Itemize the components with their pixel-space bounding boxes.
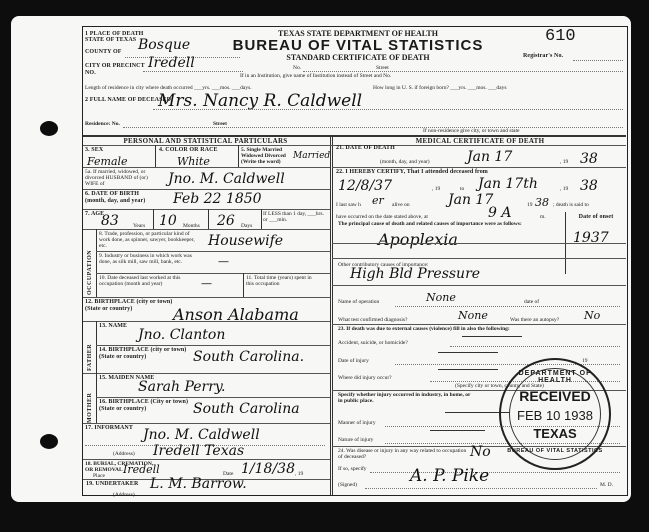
stamp-received: RECEIVED [501,388,609,404]
spouse-value: Jno. M. Caldwell [168,171,285,187]
last-worked-value: — [201,277,212,290]
stamp-bottom-arc: BUREAU OF VITAL STATISTICS [501,448,609,454]
occupation-related-label: 24. Was disease or injury in any way rel… [338,448,468,460]
burial-date-suffix: , 19 [295,471,303,477]
attended-from-value: 12/8/37 [338,178,392,194]
date-of-death-sublabel: (month, day, and year) [380,159,430,165]
trade-label: 8. Trade, profession, or particular kind… [99,231,199,249]
informant-address-value: Iredell Texas [153,443,244,459]
last-saw-pronoun: er [372,194,384,207]
foreign-born-label: How long in U. S. if foreign born? ___yr… [373,85,507,91]
stamp-texas: TEXAS [501,426,609,441]
last-saw-year-prefix: 19 [527,202,533,208]
total-time-label: 11. Total time (years) spent in this occ… [246,275,316,287]
stamp-top-arc: DEPARTMENT OF HEALTH [501,370,609,384]
injury-specify-label: Specify whether injury occurred in indus… [338,392,473,404]
binder-hole-top [40,121,58,136]
occurred-label: have occurred on the date stated above, … [336,214,428,220]
state-label: STATE OF TEXAS [85,37,136,44]
county-label: COUNTY OF [85,49,122,56]
certify-label: 22. I HEREBY CERTIFY, That I attended de… [336,169,488,176]
mother-side-label: MOTHER [87,393,93,423]
father-birthplace-value: South Carolina. [193,349,304,365]
undertaker-name-value: L. M. Barrow. [150,476,247,492]
medical-section-title: MEDICAL CERTIFICATE OF DEATH [335,137,625,145]
attended-to-value: Jan 17th [478,176,538,192]
color-label: 4. COLOR OR RACE [159,147,218,154]
mother-birthplace-label: 16. BIRTHPLACE (City or town) (State or … [99,399,189,412]
sex-label: 3. SEX [85,147,103,154]
date-of-death-year: 38 [580,151,598,167]
trade-value: Housewife [208,233,283,249]
nature-label: Nature of injury [338,437,373,443]
marital-label: 5. Single Married Widowed Divorced (Writ… [241,147,301,165]
manner-label: Manner of injury [338,420,376,426]
form-title: STANDARD CERTIFICATE OF DEATH [258,53,458,62]
marital-value: Married [293,151,330,161]
undertaker-label: 19. UNDERTAKER [86,481,138,488]
last-saw-date: Jan 17 [448,192,493,208]
age-days-value: 26 [217,213,235,229]
dob-value: Feb 22 1850 [173,191,262,207]
residence-label: Residence: No. [85,121,120,127]
burial-place-value: Iredell [123,463,160,476]
last-saw-label: I last saw h [336,202,361,208]
registrar-number-label: Registrar's No. [523,53,563,60]
dob-label: 6. DATE OF BIRTH (month, day, and year) [85,191,155,204]
informant-label: 17. INFORMANT [85,425,133,432]
operation-date-label: date of [524,299,539,305]
operation-label: Name of operation [338,299,379,305]
industry-value: — [218,255,229,268]
received-stamp: DEPARTMENT OF HEALTH RECEIVED FEB 10 193… [499,358,611,470]
stamp-date: FEB 10 1938 [501,408,609,423]
external-causes-label: 23. If death was due to external causes … [338,326,510,332]
informant-address-label: (Address) [113,451,135,457]
father-name-value: Jno. Clanton [138,327,225,343]
test-value: None [458,309,488,322]
cause-label: The principal cause of death and related… [338,221,538,227]
autopsy-value: No [584,309,600,322]
mother-birthplace-value: South Carolina [193,401,300,417]
attended-to-year: 38 [580,178,598,194]
industry-label: 9. Industry or business in which work wa… [99,253,199,265]
mother-maiden-value: Sarah Perry. [138,379,225,395]
injury-date-label: Date of injury [338,358,369,364]
certificate-number: 610 [545,27,576,46]
md-label: M. D. [600,482,613,488]
time-value: 9 A [488,205,511,221]
operation-value: None [426,291,456,304]
informant-name-value: Jno. M. Caldwell [143,427,260,443]
other-causes-value: High Bld Pressure [350,266,480,282]
test-label: What test confirmed diagnosis? [338,317,408,323]
if-so-label: If so, specify [338,466,367,472]
alive-on-label: alive on [392,202,410,208]
bureau-title: BUREAU OF VITAL STATISTICS [218,37,498,54]
signed-value: A. P. Pike [410,466,489,486]
nonresidence-note: If non-residence give city, or town and … [423,128,519,134]
attended-to-year-prefix: , 19 [560,186,568,192]
signed-label: (Signed) [338,482,357,488]
occupation-related-value: No [470,444,491,460]
city-value: Iredell [148,55,195,71]
occupation-side-label: OCCUPATION [87,250,93,295]
full-name-value: Mrs. Nancy R. Caldwell [158,91,362,111]
onset-label: Date of onset [570,214,622,221]
date-of-death-year-prefix: , 19 [560,159,568,165]
father-side-label: FATHER [87,344,93,371]
burial-date-value: 1/18/38 [241,461,295,477]
undertaker-address-label: (Address) [113,492,135,498]
date-of-death-label: 21. DATE OF DEATH [336,145,395,152]
m-label: m. [540,214,546,220]
father-name-label: 13. NAME [99,323,127,330]
county-value: Bosque [138,37,190,53]
age-years-value: 83 [101,213,119,229]
birthplace-label: 12. BIRTHPLACE (city or town) (State or … [85,299,175,312]
father-birthplace-label: 14. BIRTHPLACE (city or town) (State or … [99,347,189,360]
street-no-label: No. [293,65,301,71]
death-said-label: ; death is said to [553,202,589,208]
last-worked-label: 10. Date deceased last worked at this oc… [99,275,195,287]
injury-where-label: Where did injury occur? [338,375,392,381]
date-of-death-value: Jan 17 [467,149,512,165]
attended-from-suffix: , 19 [432,186,440,192]
autopsy-label: Was there an autopsy? [510,317,559,323]
personal-section-title: PERSONAL AND STATISTICAL PARTICULARS [83,137,328,145]
age-months-value: 10 [159,213,177,229]
last-saw-year: 38 [535,196,549,209]
city-label: CITY OR PRECINCT NO. [85,63,145,76]
spouse-label: 5a. If married, widowed, or divorced HUS… [85,169,157,187]
age-less-label: If LESS than 1 day, ___hrs. or ___min. [263,211,327,223]
binder-hole-bottom [40,434,58,449]
accident-label: Accident, suicide, or homicide? [338,340,408,346]
institution-note: If in an Institution, give name of Insti… [240,73,391,79]
cause-value: Apoplexia [378,230,458,249]
